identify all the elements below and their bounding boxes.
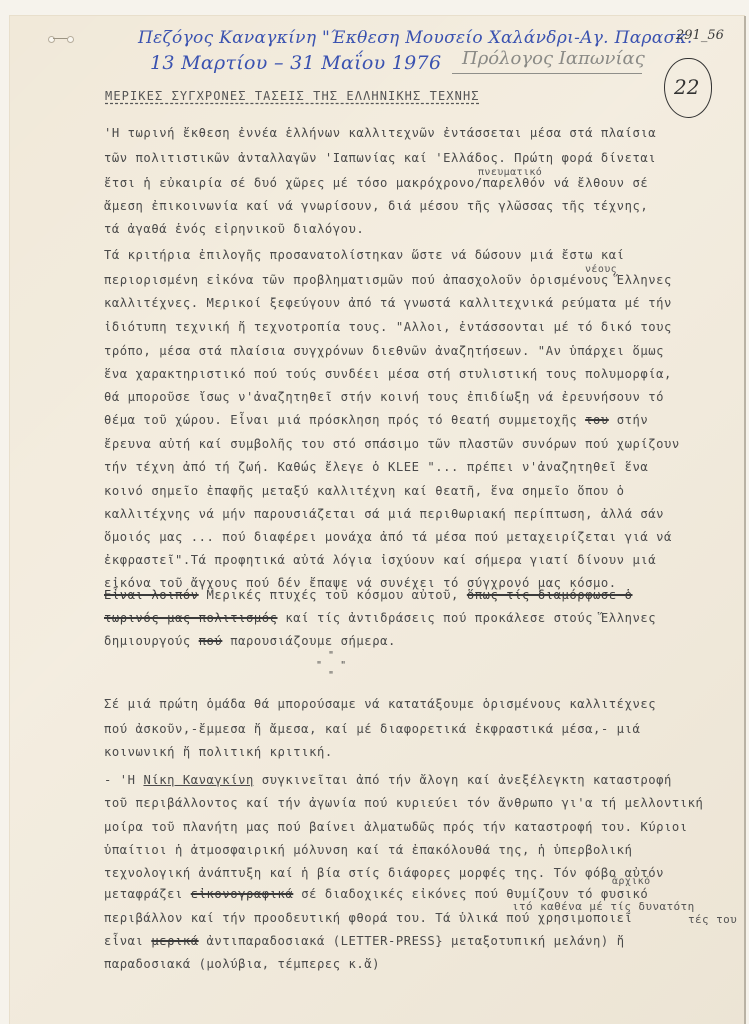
p1-line-2: τῶν πολιτιστικῶν ἀνταλλαγῶν 'Ιαπωνίας κα…	[104, 151, 656, 165]
p5-prefix: - 'Η	[104, 773, 143, 787]
handwritten-header-line1: Πεζόγος Καναγκίνη "Έκθεση Μουσείο Χαλάνδ…	[138, 28, 693, 48]
p5-line-7: περιβάλλον καί τήν προοδευτική φθορά του…	[104, 911, 632, 925]
p5-line-6-text: μεταφράζει	[104, 887, 191, 901]
p2-line-9: ἔρευνα αὐτή καί συμβολῆς του στό σπάσιμο…	[104, 437, 680, 451]
page-edge	[744, 16, 746, 1024]
p3-line-2: τωρινός μας πολιτισμός καί τίς ἀντιδράσε…	[104, 611, 656, 625]
p2-line-3: καλλιτέχνες. Μερικοί ξεφεύγουν ἀπό τά γν…	[104, 296, 672, 310]
p5-line-6-end: σέ διαδοχικές εἰκόνες πού θυμίζουν τό φυ…	[293, 887, 648, 901]
p3-line-3-text: δημιουργούς	[104, 634, 199, 648]
p2-line-6: ἕνα χαρακτηριστικό πού τούς συνδέει μέσα…	[104, 367, 672, 381]
p2-line-1: Τά κριτήρια ἐπιλογῆς προσανατολίστηκαν ὥ…	[104, 248, 625, 262]
struck-phrase: τωρινός μας πολιτισμός	[104, 611, 278, 625]
p1-line-4: ἄμεση ἐπικοινωνία καί νά γνωρίσουν, διά …	[104, 199, 648, 213]
handwritten-header-line2: 13 Μαρτίου – 31 Μαΐου 1976	[150, 52, 441, 74]
p2-line-13: ὅμοιός μας ... πού διαφέρει μονάχα ἀπό τ…	[104, 530, 672, 544]
p4-line-1: Σέ μιά πρώτη ὁμάδα θά μπορούσαμε νά κατα…	[104, 697, 656, 711]
pencil-note: Πρόλογος Ιαπωνίας	[462, 48, 645, 69]
p1-line-1: 'Η τωρινή ἔκθεση ἐννέα ἑλλήνων καλλιτεχν…	[104, 126, 656, 140]
staple-mark	[48, 36, 74, 42]
p2-line-2: περιορισμένη εἰκόνα τῶν προβληματισμῶν π…	[104, 273, 672, 287]
p2-line-12: καλλιτέχνης νά μήν παρουσιάζεται σά μιά …	[104, 507, 664, 521]
struck-phrase: ὅπως τίς διαμόρφωσε ὁ	[467, 588, 633, 602]
section-separator: " " " "	[316, 652, 346, 680]
p2-line-4: ἰδιότυπη τεχνική ἤ τεχνοτροπία τους. "Αλ…	[104, 320, 672, 334]
p1-line-5: τά ἀγαθά ἑνός εἰρηνικοῦ διαλόγου.	[104, 222, 364, 236]
p2-line-5: τρόπο, μέσα στά πλαίσια συγχρόνων διεθνῶ…	[104, 344, 664, 358]
p3-line-1-text: Μερικές πτυχές τοῦ κόσμου αὐτοῦ,	[199, 588, 467, 602]
document-title: ΜΕΡΙΚΕΣ ΣΥΓΧΡΟΝΕΣ ΤΑΣΕΙΣ ΤΗΣ ΕΛΛΗΝΙΚΗΣ Τ…	[105, 89, 480, 103]
p2-line-8-end: στήν	[609, 413, 648, 427]
struck-word: του	[585, 413, 609, 427]
p5-line-8-text: εἶναι	[104, 934, 151, 948]
p5-line-4: ὑπαίτιοι ἡ ἀτμοσφαιρική μόλυνση καί τά ἐ…	[104, 843, 632, 857]
p5-line-8-end: ἀντιπαραδοσιακά (LETTER-PRESS} μεταξοτυπ…	[199, 934, 625, 948]
p5-insert-capabilities-end: τές του	[688, 913, 737, 926]
struck-word: εἰκονογραφικά	[191, 887, 294, 901]
artist-name: Νίκη Καναγκίνη	[143, 773, 253, 787]
p4-line-3: κοινωνική ἤ πολιτική κριτική.	[104, 745, 333, 759]
p5-line-9: παραδοσιακά (μολύβια, τέμπερες κ.ἄ)	[104, 957, 380, 971]
p5-line-8: εἶναι μερικά ἀντιπαραδοσιακά (LETTER-PRE…	[104, 934, 625, 948]
p5-line-5: τεχνολογική ἀνάπτυξη καί ἡ βία στίς διάφ…	[104, 866, 664, 880]
p5-line-2: τοῦ περιβάλλοντος καί τήν ἀγωνία πού κυρ…	[104, 796, 703, 810]
p3-line-3-end: παρουσιάζουμε σήμερα.	[222, 634, 396, 648]
archive-number: 291_56	[676, 28, 724, 43]
struck-word: πού	[199, 634, 223, 648]
p3-line-2-text: καί τίς ἀντιδράσεις πού προκάλεσε στούς …	[278, 611, 657, 625]
p1-line-3: ἔτσι ἡ εὐκαιρία σέ δυό χῶρες μέ τόσο μακ…	[104, 176, 648, 190]
p5-insert-archiko: ἀρχικό	[612, 876, 651, 887]
p3-line-1: Εἶναι λοιπόν Μερικές πτυχές τοῦ κόσμου α…	[104, 588, 632, 602]
page-number: 22	[674, 75, 699, 99]
p5-line-6: μεταφράζει εἰκονογραφικά σέ διαδοχικές ε…	[104, 887, 648, 901]
p5-line-3: μοίρα τοῦ πλανήτη μας πού βαίνει ἀλματωδ…	[104, 820, 688, 834]
p5-line-1-text: συγκινεῖται ἀπό τήν ἄλογη καί ἀνεξέλεγκτ…	[254, 773, 672, 787]
p2-line-10: τήν τέχνη ἀπό τή ζωή. Καθώς ἔλεγε ὁ KLEE…	[104, 460, 648, 474]
p4-line-2: πού ἀσκοῦν,-ἔμμεσα ἤ ἄμεσα, καί μέ διαφο…	[104, 722, 640, 736]
p2-line-14: ἐκφραστεῖ".Τά προφητικά αὐτά λόγια ἰσχύο…	[104, 553, 656, 567]
struck-phrase: Εἶναι λοιπόν	[104, 588, 199, 602]
p2-line-8: θέμα τοῦ χώρου. Εἶναι μιά πρόσκληση πρός…	[104, 413, 648, 427]
p3-line-3: δημιουργούς πού παρουσιάζουμε σήμερα.	[104, 634, 396, 648]
p2-line-8-text: θέμα τοῦ χώρου. Εἶναι μιά πρόσκληση πρός…	[104, 413, 577, 427]
p2-line-7: θά μποροῦσε ἴσως ν'ἀναζητηθεῖ στήν κοινή…	[104, 390, 664, 404]
struck-word: μερικά	[151, 934, 198, 948]
p2-line-11: κοινό σημεῖο ἐπαφῆς μεταξύ καλλιτέχνη κα…	[104, 484, 625, 498]
circled-page-number: 22	[664, 58, 712, 118]
p5-line-1: - 'Η Νίκη Καναγκίνη συγκινεῖται ἀπό τήν …	[104, 773, 672, 787]
pencil-underline	[452, 73, 642, 74]
